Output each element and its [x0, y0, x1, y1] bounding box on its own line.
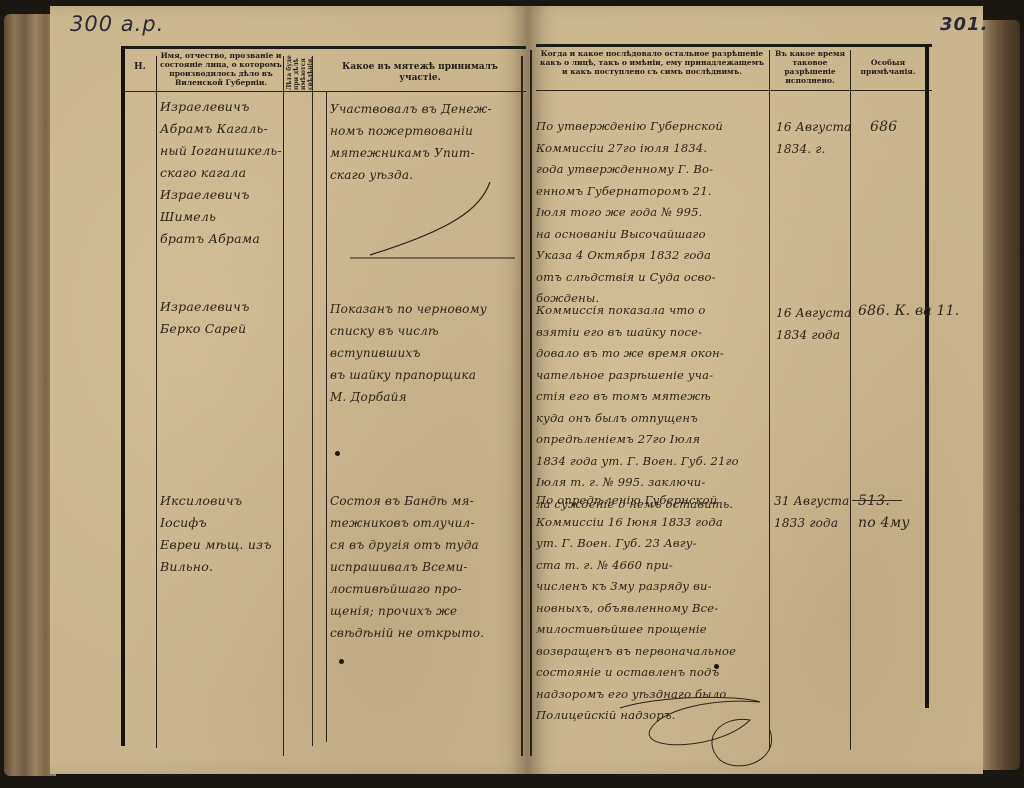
entry-2-resolution: Коммиссія показала что о взятіи его въ ш…: [536, 300, 770, 515]
folio-note-left: 300 a.p.: [70, 12, 164, 36]
entry-2-name: Израелевичъ Берко Сарей: [160, 296, 284, 340]
folio-number-right: 301.: [940, 14, 988, 35]
header-resolution: Когда и какое послѣдовало остальное разр…: [536, 49, 768, 76]
right-outer-border: [925, 44, 929, 708]
binding-hole: [339, 659, 344, 664]
entry-2-participation: Показанъ по черновому списку въ числѣ вс…: [330, 298, 522, 408]
header-rule-left: [124, 91, 526, 92]
page-stack-left: [4, 14, 56, 776]
entry-1-resolution: По утвержденію Губернской Коммиссіи 27го…: [536, 116, 770, 310]
header-number: Н.: [124, 62, 156, 73]
table-top-rule-right: [536, 44, 932, 47]
header-rule-right: [536, 90, 932, 91]
notes-underline: [852, 500, 902, 501]
entry-2-executed: 16 Августа 1834 года: [776, 302, 852, 346]
table-top-rule-left: [124, 46, 526, 49]
header-participation: Какое въ мятежѣ принималъ участіе.: [320, 62, 520, 84]
binding-hole: [335, 451, 340, 456]
entry-3-participation: Состоя въ Бандѣ мя- тежниковъ отлучил- с…: [330, 490, 522, 644]
entry-3-notes: 513. по 4му: [858, 490, 922, 534]
cancel-flourish: [340, 170, 520, 265]
entry-1-notes: 686: [870, 116, 930, 138]
col-divider: [156, 56, 157, 748]
page-stack-right: [980, 20, 1020, 770]
entry-1-executed: 16 Августа 1834. г.: [776, 116, 852, 160]
col-divider: [530, 50, 532, 756]
entry-1-name: Израелевичъ Абрамъ Кагаль- ный Іоганишке…: [160, 96, 284, 250]
entry-3-executed: 31 Августа 1833 года: [774, 490, 852, 534]
ledger-spread: 300 a.p. Н. Имя, отчество, прозваніе и с…: [0, 0, 1024, 788]
signature-flourish: [600, 690, 800, 780]
binding-hole: [714, 664, 719, 669]
header-notes: Особыя примѣчанія.: [852, 58, 924, 76]
header-name: Имя, отчество, прозваніе и состояніе лиц…: [160, 51, 282, 87]
header-executed: Въ какое время таковое разрѣшеніе исполн…: [771, 49, 849, 85]
left-outer-border: [121, 46, 125, 746]
col-divider: [312, 56, 313, 746]
entry-3-name: Иксиловичъ Іосифъ Евреи мѣщ. изъ Вильно.: [160, 490, 284, 578]
entry-2-notes: 686. К. ва 11.: [858, 300, 1018, 322]
col-divider: [326, 92, 327, 742]
header-age: Лѣта буде при дѣлѣ имѣются свѣдѣнія.: [286, 50, 314, 90]
